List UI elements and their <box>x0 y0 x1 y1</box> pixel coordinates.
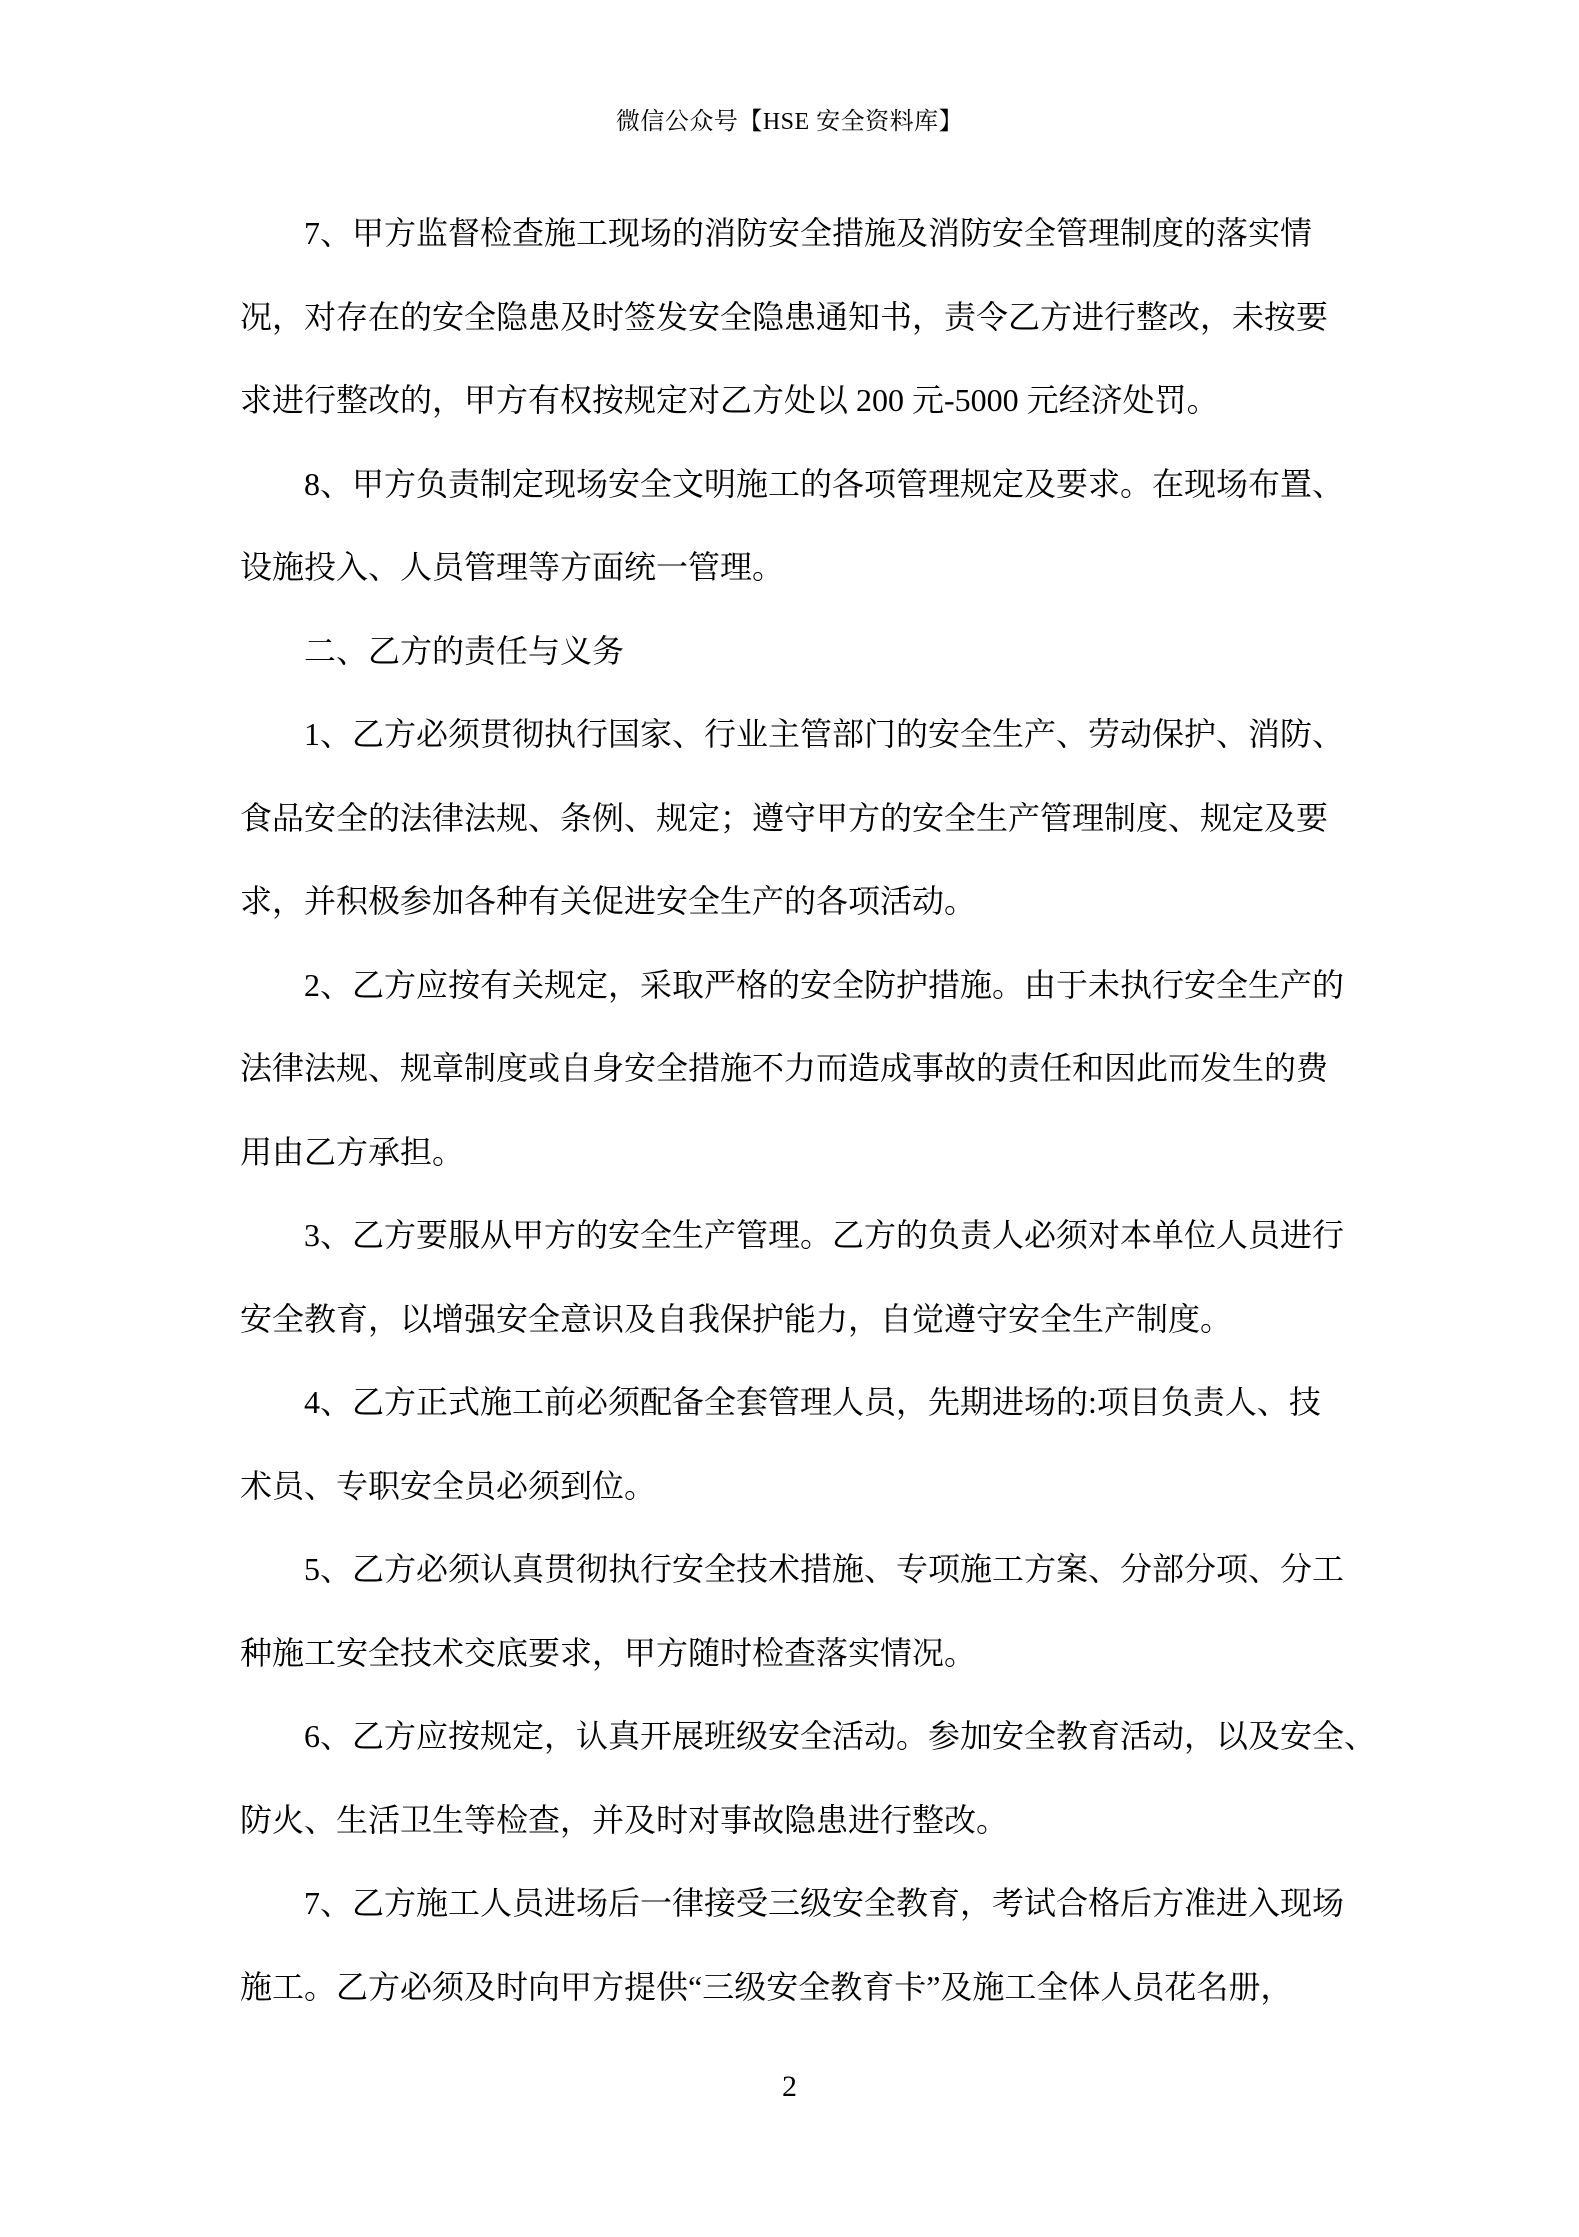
text-line: 法律法规、规章制度或自身安全措施不力而造成事故的责任和因此而发生的费 <box>240 1027 1360 1111</box>
text-line: 用由乙方承担。 <box>240 1111 1360 1195</box>
text-line: 6、乙方应按规定，认真开展班级安全活动。参加安全教育活动，以及安全、 <box>240 1695 1360 1779</box>
text-line: 况，对存在的安全隐患及时签发安全隐患通知书，责令乙方进行整改，未按要 <box>240 276 1360 360</box>
text-line: 种施工安全技术交底要求，甲方随时检查落实情况。 <box>240 1612 1360 1696</box>
text-line: 防火、生活卫生等检查，并及时对事故隐患进行整改。 <box>240 1779 1360 1863</box>
text-line: 2、乙方应按有关规定，采取严格的安全防护措施。由于未执行安全生产的 <box>240 944 1360 1028</box>
page-header: 微信公众号【HSE 安全资料库】 <box>0 106 1579 138</box>
text-line: 7、甲方监督检查施工现场的消防安全措施及消防安全管理制度的落实情 <box>240 192 1360 276</box>
page-number: 2 <box>0 2070 1579 2104</box>
text-line: 4、乙方正式施工前必须配备全套管理人员，先期进场的:项目负责人、技 <box>240 1361 1360 1445</box>
text-line: 施工。乙方必须及时向甲方提供“三级安全教育卡”及施工全体人员花名册， <box>240 1946 1360 2030</box>
document-page: 微信公众号【HSE 安全资料库】 7、甲方监督检查施工现场的消防安全措施及消防安… <box>0 0 1579 2237</box>
section-heading: 二、乙方的责任与义务 <box>240 610 1360 694</box>
text-line: 8、甲方负责制定现场安全文明施工的各项管理规定及要求。在现场布置、 <box>240 443 1360 527</box>
text-line: 设施投入、人员管理等方面统一管理。 <box>240 526 1360 610</box>
document-body: 7、甲方监督检查施工现场的消防安全措施及消防安全管理制度的落实情 况，对存在的安… <box>240 192 1360 2029</box>
text-line: 5、乙方必须认真贯彻执行安全技术措施、专项施工方案、分部分项、分工 <box>240 1528 1360 1612</box>
text-line: 7、乙方施工人员进场后一律接受三级安全教育，考试合格后方准进入现场 <box>240 1862 1360 1946</box>
text-line: 术员、专职安全员必须到位。 <box>240 1445 1360 1529</box>
text-line: 求进行整改的，甲方有权按规定对乙方处以 200 元-5000 元经济处罚。 <box>240 359 1360 443</box>
text-line: 1、乙方必须贯彻执行国家、行业主管部门的安全生产、劳动保护、消防、 <box>240 693 1360 777</box>
text-line: 食品安全的法律法规、条例、规定；遵守甲方的安全生产管理制度、规定及要 <box>240 777 1360 861</box>
text-line: 求，并积极参加各种有关促进安全生产的各项活动。 <box>240 860 1360 944</box>
text-line: 安全教育，以增强安全意识及自我保护能力，自觉遵守安全生产制度。 <box>240 1278 1360 1362</box>
text-line: 3、乙方要服从甲方的安全生产管理。乙方的负责人必须对本单位人员进行 <box>240 1194 1360 1278</box>
